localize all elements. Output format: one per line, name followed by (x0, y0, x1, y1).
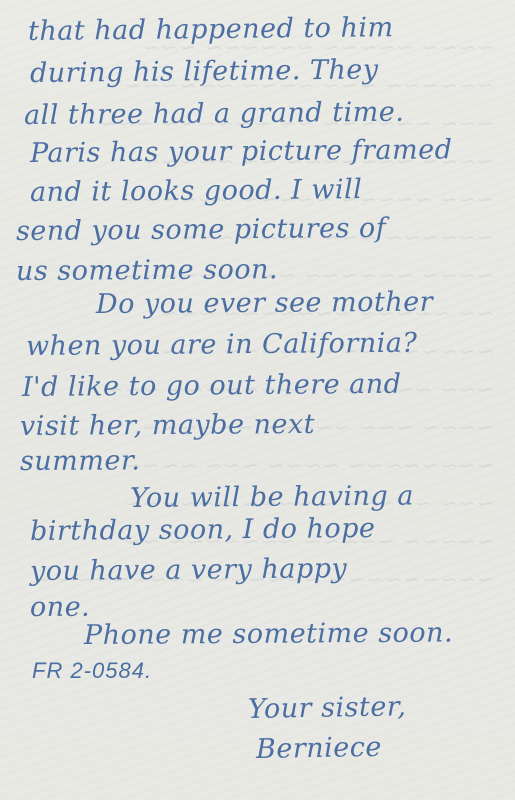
letter-line-17: Phone me sometime soon. (84, 617, 453, 651)
letter-line-15: you have a very happy (30, 553, 348, 587)
letter-line-11: visit her, maybe next (20, 409, 315, 442)
letter-line-13: You will be having a (130, 481, 414, 514)
letter-line-14: birthday soon, I do hope (30, 513, 376, 547)
letter-line-7: us sometime soon. (16, 254, 278, 287)
letter-signature: Berniece (256, 732, 382, 765)
letter-line-3: all three had a grand time. (24, 97, 405, 131)
letter-line-2: during his lifetime. They (30, 54, 379, 89)
letter-line-9: when you are in California? (26, 328, 418, 362)
letter-line-1: that had happened to him (28, 12, 394, 47)
phone-number: FR 2-0584. (32, 658, 152, 684)
letter-line-5: and it looks good. I will (30, 174, 363, 208)
letter-line-12: summer. (20, 445, 141, 477)
letter-line-10: I'd like to go out there and (22, 369, 402, 403)
letter-closing: Your sister, (248, 691, 407, 725)
letter-line-16: one. (30, 592, 90, 623)
letter-line-8: Do you ever see mother (96, 287, 433, 320)
letter-line-4: Paris has your picture framed (30, 134, 453, 169)
letter-line-6: send you some pictures of (16, 213, 386, 247)
